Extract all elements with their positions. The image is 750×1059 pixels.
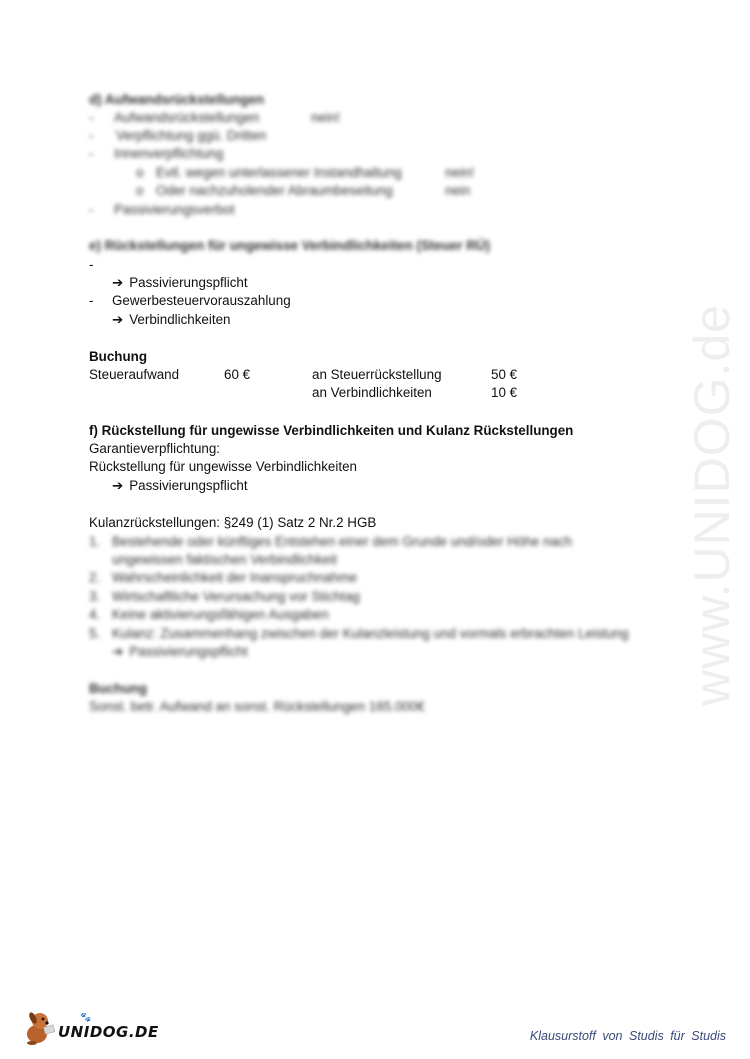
result-text: Verbindlichkeiten — [129, 312, 230, 327]
arrow-right-icon: ➔ — [112, 644, 123, 659]
result-line: ➔Verbindlichkeiten — [112, 311, 230, 329]
result-text: Passivierungspflicht — [129, 644, 247, 659]
booking-text: Sonst. betr. Aufwand an sonst. Rückstell… — [89, 698, 425, 716]
bullet: - — [89, 146, 93, 161]
document-page: d) Aufwandsrückstellungen - Aufwandsrück… — [0, 0, 750, 1059]
result-text: Passivierungspflicht — [129, 275, 247, 290]
bullet: - — [89, 257, 93, 272]
result-text: Passivierungspflicht — [129, 478, 247, 493]
item-note: nein! — [445, 164, 474, 182]
item-text: Passivierungsverbot — [114, 201, 235, 219]
booking-label: Buchung — [89, 680, 147, 698]
numbered-item: 5. Kulanz: Zusammenhang zwischen der Kul… — [89, 625, 100, 643]
item-note: nein! — [311, 109, 340, 127]
result-line: ➔Passivierungspflicht — [112, 643, 248, 661]
numbered-item: 1. Bestehende oder künftiges Entstehen e… — [89, 533, 100, 551]
item-text: Keine aktivierungsfähigen Ausgaben — [112, 606, 329, 624]
item-number: 1. — [89, 534, 100, 549]
item-text: Evtl. wegen unterlassener Instandhaltung — [156, 164, 402, 182]
item-text: Gewerbesteuervorauszahlung — [112, 292, 291, 310]
item-text: Aufwandsrückstellungen — [114, 109, 259, 127]
bullet: o — [136, 183, 143, 198]
kulanz-title: Kulanzrückstellungen: §249 (1) Satz 2 Nr… — [89, 514, 376, 532]
item-number: 5. — [89, 626, 100, 641]
sub-list-item: o Evtl. wegen unterlassener Instandhaltu… — [136, 164, 143, 182]
credit-account: an Steuerrückstellung — [312, 366, 442, 384]
numbered-item: 3. Wirtschaftliche Verursachung vor Stic… — [89, 588, 100, 606]
arrow-right-icon: ➔ — [112, 478, 123, 493]
credit-account: an Verbindlichkeiten — [312, 384, 432, 402]
item-text: Wirtschaftliche Verursachung vor Stichta… — [112, 588, 360, 606]
numbered-item: 2. Wahrscheinlichkeit der Inanspruchnahm… — [89, 569, 100, 587]
dog-mascot-icon — [22, 1010, 56, 1046]
arrow-right-icon: ➔ — [112, 275, 123, 290]
list-item: - Aufwandsrückstellungen nein! — [89, 109, 93, 127]
numbered-item-continuation: ungewissen faktischen Verbindlichkeit — [112, 551, 337, 569]
item-text: Bestehende oder künftiges Entstehen eine… — [112, 533, 572, 551]
list-item: - Erwartete Körperschaftssteuernachzahlu… — [89, 256, 93, 274]
text-line: Garantieverpflichtung: — [89, 440, 220, 458]
list-item: - Innenverpflichtung — [89, 145, 93, 163]
text-line: Rückstellung für ungewisse Verbindlichke… — [89, 458, 357, 476]
numbered-item: 4. Keine aktivierungsfähigen Ausgaben — [89, 606, 100, 624]
list-item: - Gewerbesteuervorauszahlung — [89, 292, 93, 310]
bullet: - — [89, 202, 93, 217]
bullet: - — [89, 128, 93, 143]
booking-label: Buchung — [89, 348, 147, 366]
item-number: 2. — [89, 570, 100, 585]
debit-account: Steueraufwand — [89, 366, 179, 384]
item-text: Wahrscheinlichkeit der Inanspruchnahme — [112, 569, 357, 587]
unidog-logo[interactable]: 🐾 UNIDOG.DE — [22, 1010, 162, 1050]
credit-amount: 10 € — [491, 384, 517, 402]
item-text: Oder nachzuholender Abraumbeseitung — [156, 182, 393, 200]
watermark: www.UNIDOG.de — [682, 280, 742, 730]
result-line: ➔Passivierungspflicht — [112, 274, 248, 292]
section-f-heading: f) Rückstellung für ungewisse Verbindlic… — [89, 422, 573, 440]
credit-amount: 50 € — [491, 366, 517, 384]
bullet: o — [136, 165, 143, 180]
section-e-heading: e) Rückstellungen für ungewisse Verbindl… — [89, 237, 490, 255]
debit-amount: 60 € — [224, 366, 250, 384]
item-text: Verpflichtung ggü. Dritten — [116, 127, 266, 145]
item-text: Innenverpflichtung — [114, 145, 223, 163]
item-text: Kulanz: Zusammenhang zwischen der Kulanz… — [112, 625, 629, 643]
list-item: - Passivierungsverbot — [89, 201, 93, 219]
bullet: - — [89, 110, 93, 125]
section-d-heading: d) Aufwandsrückstellungen — [89, 91, 264, 109]
logo-text: UNIDOG.DE — [58, 1023, 159, 1041]
item-number: 3. — [89, 589, 100, 604]
item-note: nein — [445, 182, 470, 200]
footer-slogan: Klausurstoff von Studis für Studis — [530, 1029, 726, 1043]
item-number: 4. — [89, 607, 100, 622]
bullet: - — [89, 293, 93, 308]
arrow-right-icon: ➔ — [112, 312, 123, 327]
item-text: Erwartete Körperschaftssteuernachzahlung… — [112, 256, 428, 274]
paw-icon: 🐾 — [80, 1012, 91, 1023]
result-line: ➔Passivierungspflicht — [112, 477, 248, 495]
list-item: - Verpflichtung ggü. Dritten — [89, 127, 93, 145]
sub-list-item: o Oder nachzuholender Abraumbeseitung ne… — [136, 182, 143, 200]
